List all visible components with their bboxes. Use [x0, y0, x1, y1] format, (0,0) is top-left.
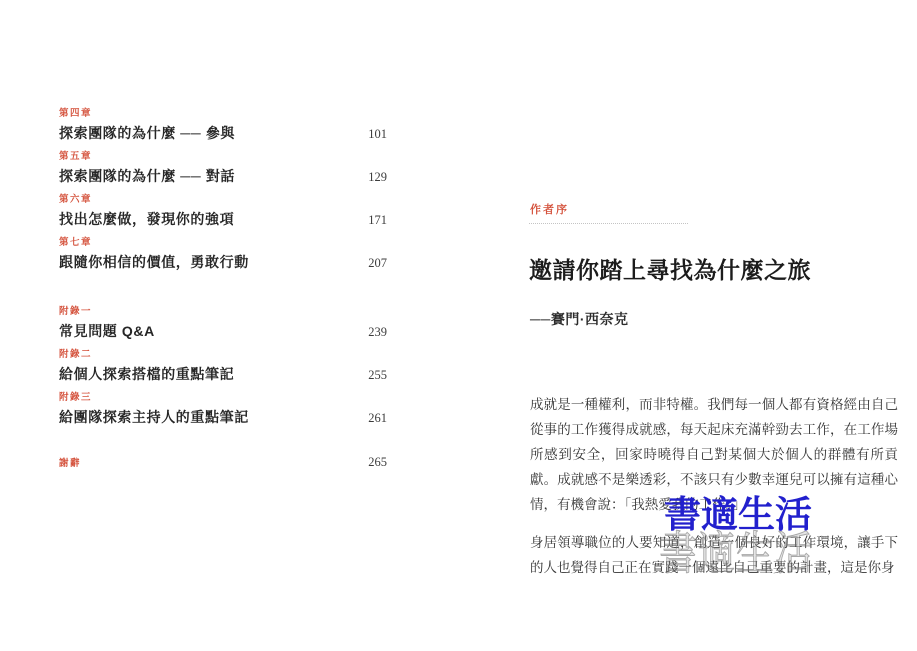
appendix-title: 常見問題 Q&A [59, 321, 155, 341]
section-label: 作者序 [530, 201, 569, 217]
page-number: 129 [368, 170, 387, 185]
page-number: 265 [368, 455, 387, 470]
toc-entry-appendix-3: 附錄三 給團隊探索主持人的重點筆記 261 [59, 389, 387, 427]
toc-entry-appendix-1: 附錄一 常見問題 Q&A 239 [59, 303, 387, 341]
chapter-label: 第五章 [59, 148, 387, 162]
page-number: 207 [368, 256, 387, 271]
preface-title: 邀請你踏上尋找為什麼之旅 [529, 252, 811, 285]
toc-page: 第四章 探索團隊的為什麼 ── 參與 101 第五章 探索團隊的為什麼 ── 對… [0, 0, 458, 651]
dotted-divider [529, 223, 688, 224]
chapter-label: 第七章 [59, 234, 387, 248]
acknowledgments-label: 謝辭 [59, 455, 81, 469]
appendix-title: 給個人探索搭檔的重點筆記 [59, 364, 234, 384]
toc-entry-chapter-5: 第五章 探索團隊的為什麼 ── 對話 129 [59, 148, 387, 186]
appendix-label: 附錄一 [59, 303, 387, 317]
toc-entry-acknowledgments: 謝辭 265 [59, 455, 387, 470]
chapter-title: 找出怎麼做，發現你的強項 [59, 209, 234, 229]
appendix-label: 附錄二 [59, 346, 387, 360]
chapter-label: 第四章 [59, 105, 387, 119]
page-number: 261 [368, 411, 387, 426]
appendix-label: 附錄三 [59, 389, 387, 403]
page-number: 255 [368, 368, 387, 383]
page-number: 171 [368, 213, 387, 228]
chapter-title: 探索團隊的為什麼 ── 參與 [59, 123, 235, 143]
watermark-blue: 書適生活 [664, 484, 812, 538]
chapter-title: 跟隨你相信的價值，勇敢行動 [59, 252, 249, 272]
chapter-label: 第六章 [59, 191, 387, 205]
book-spread: 第四章 探索團隊的為什麼 ── 參與 101 第五章 探索團隊的為什麼 ── 對… [0, 0, 917, 651]
toc-entry-chapter-7: 第七章 跟隨你相信的價值，勇敢行動 207 [59, 234, 387, 272]
appendix-title: 給團隊探索主持人的重點筆記 [59, 407, 249, 427]
toc-entry-chapter-4: 第四章 探索團隊的為什麼 ── 參與 101 [59, 105, 387, 143]
toc-entry-appendix-2: 附錄二 給個人探索搭檔的重點筆記 255 [59, 346, 387, 384]
chapter-title: 探索團隊的為什麼 ── 對話 [59, 166, 235, 186]
page-number: 101 [368, 127, 387, 142]
preface-author: ──賽門·西奈克 [530, 309, 629, 329]
toc-entry-chapter-6: 第六章 找出怎麼做，發現你的強項 171 [59, 191, 387, 229]
page-number: 239 [368, 325, 387, 340]
